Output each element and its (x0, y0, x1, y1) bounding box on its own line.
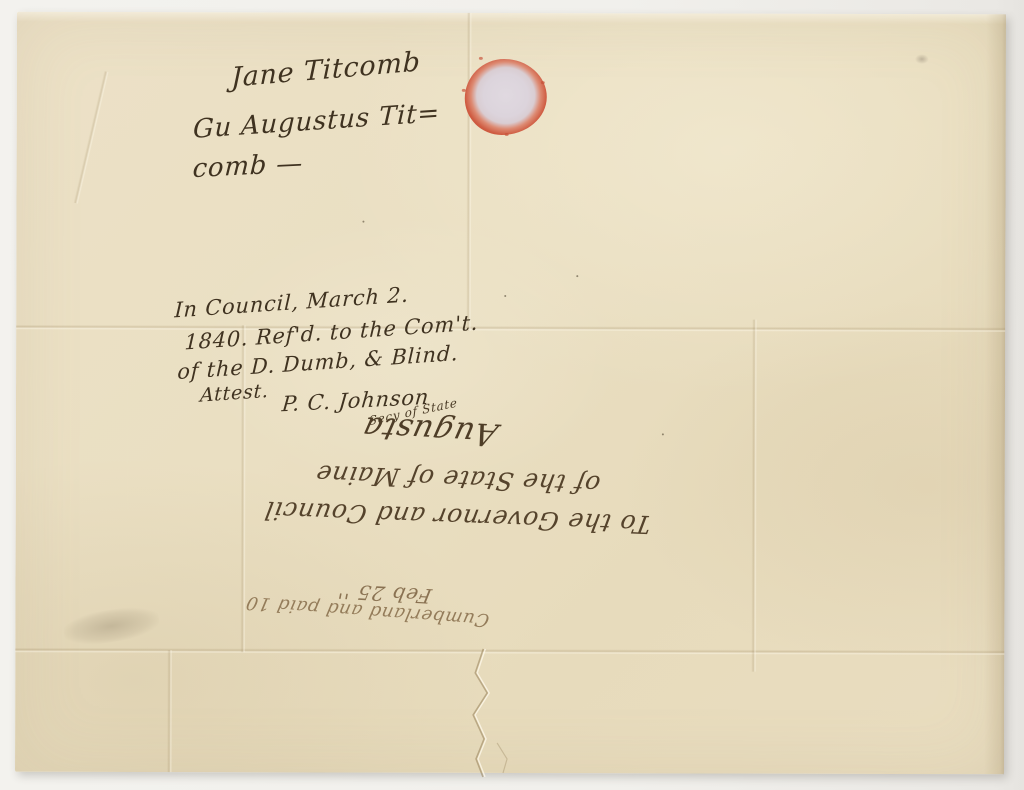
address-line-2-inverted: of the State of Maine (265, 458, 650, 501)
pencil-smudge (61, 603, 161, 649)
ink-speck (576, 275, 578, 277)
paper-tear (453, 647, 523, 779)
document-paper: Jane Titcomb Gu Augustus Tit= comb — In … (15, 12, 1006, 775)
docket-name-line: Jane Titcomb (231, 46, 421, 93)
ink-speck (362, 221, 364, 223)
fold-crease-vertical-top (466, 13, 472, 331)
fold-crease-horizontal-upper (16, 325, 1005, 333)
photo-backdrop: Jane Titcomb Gu Augustus Tit= comb — In … (0, 0, 1024, 790)
council-note-line-1: In Council, March 2. (174, 282, 409, 322)
paper-edge-highlight (17, 12, 1006, 25)
fold-crease-vertical-bottom (167, 650, 172, 772)
wax-seal (465, 59, 547, 135)
fold-crease-vertical-right (751, 320, 757, 672)
wax-seal-speck (541, 81, 545, 84)
wax-seal-speck (505, 133, 509, 136)
attest-label: Attest. (200, 380, 270, 407)
fold-crease-diagonal-topleft (73, 71, 109, 204)
paper-edge-shadow (984, 14, 1006, 774)
wax-seal-speck (462, 89, 466, 92)
ink-speck (662, 433, 664, 435)
docket-continuation-line: comb — (192, 149, 304, 185)
address-line-1-inverted: To the Governor and Council (235, 495, 680, 540)
docket-guardian-line: Gu Augustus Tit= (192, 98, 440, 145)
ink-speck (504, 295, 506, 297)
wax-seal-speck (479, 57, 483, 60)
address-city-inverted: Augusta (326, 407, 534, 454)
faint-corner-mark (915, 54, 929, 64)
